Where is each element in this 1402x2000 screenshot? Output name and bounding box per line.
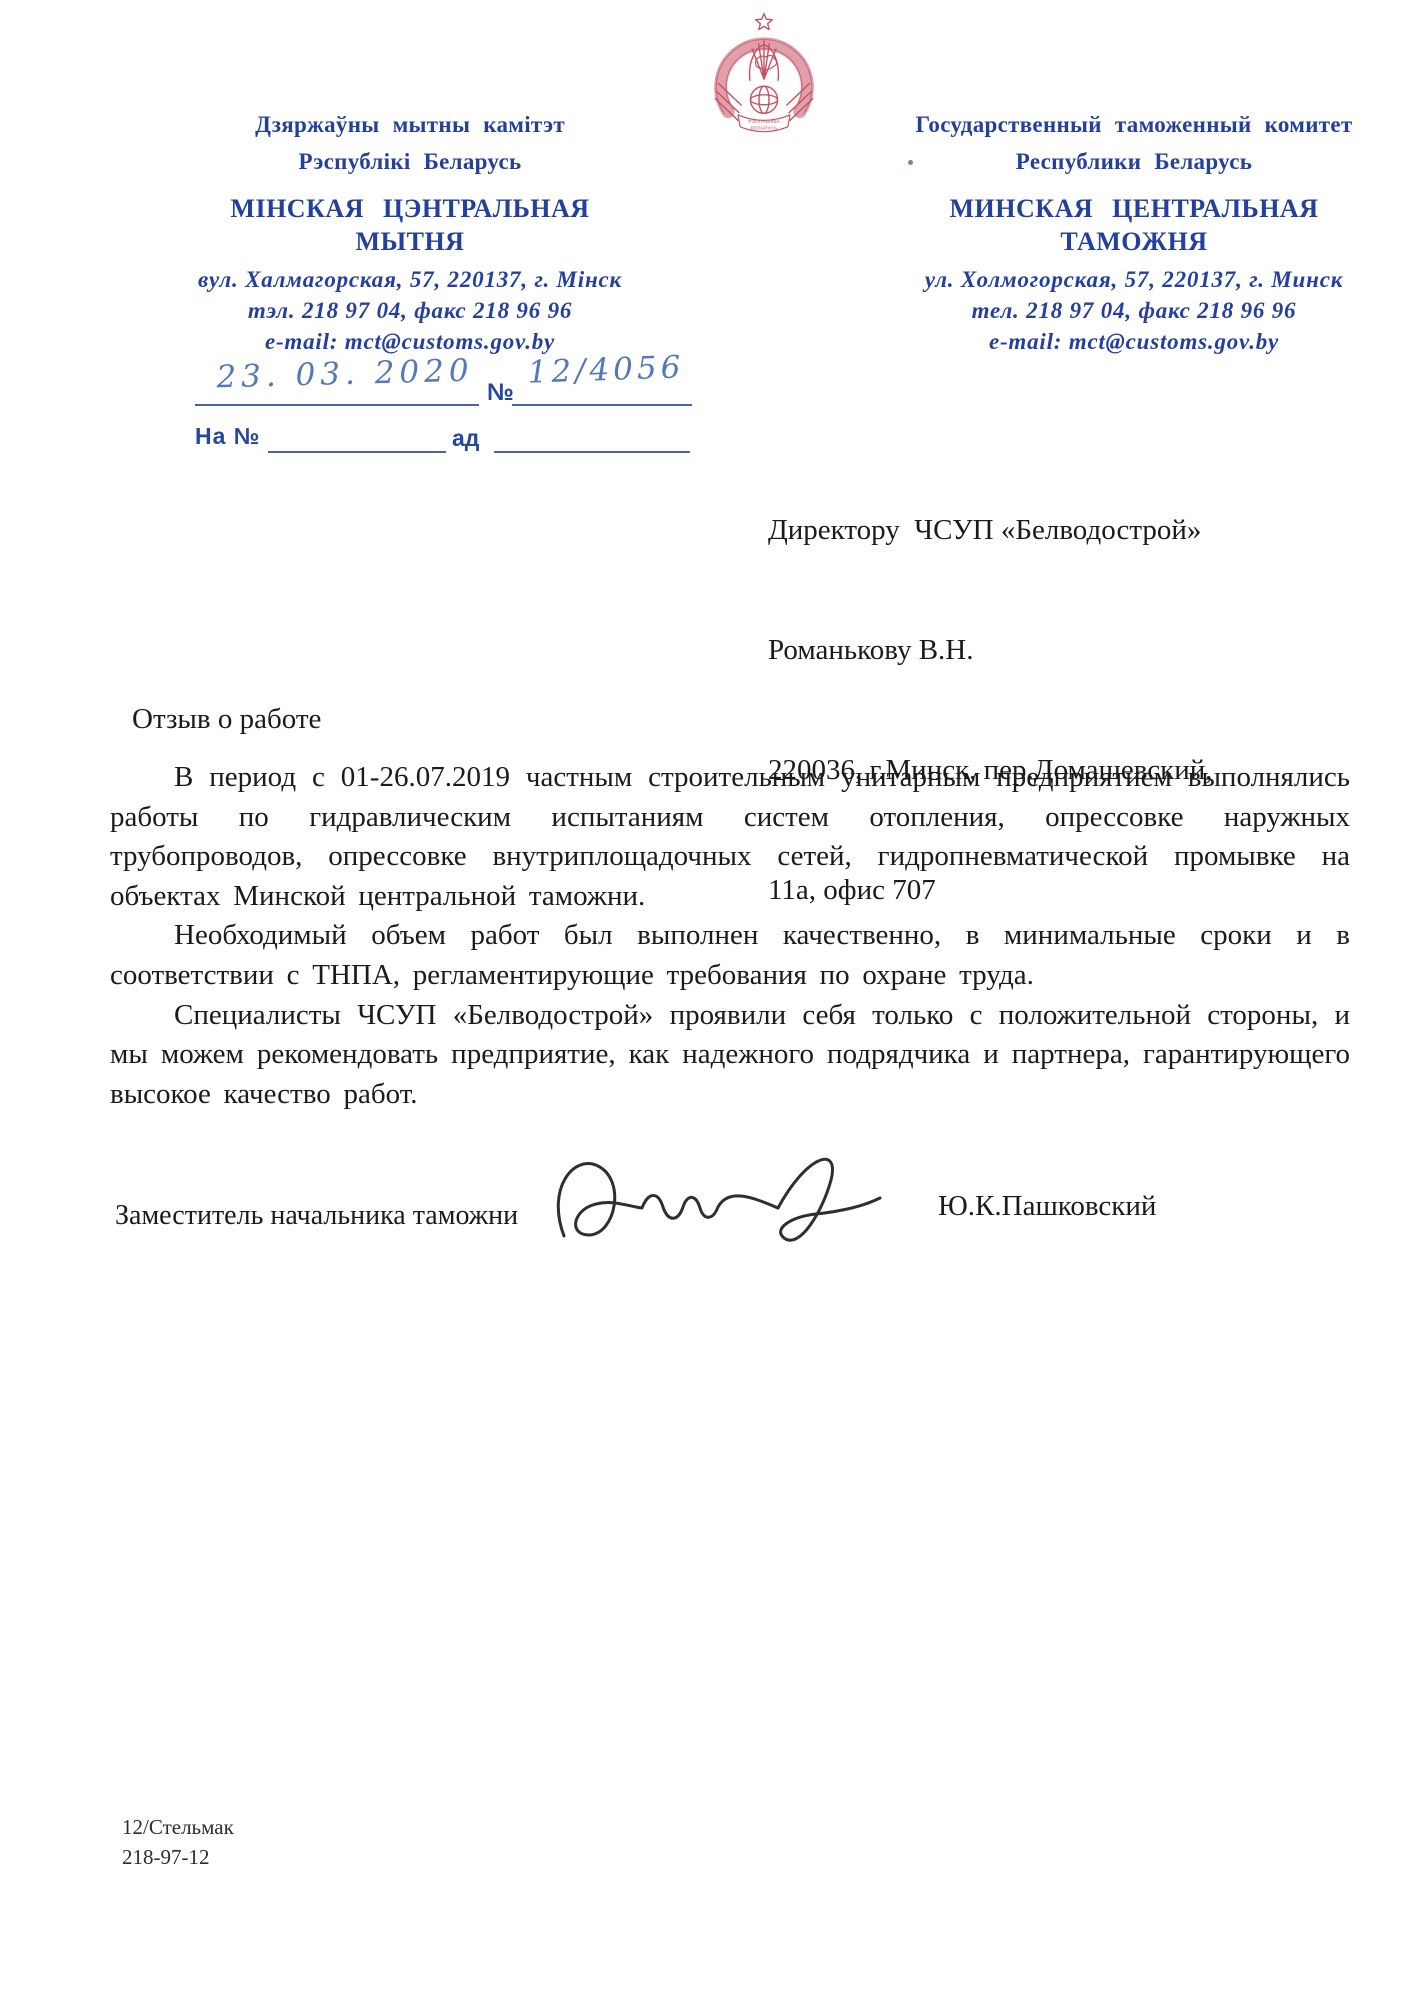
number-underline xyxy=(512,404,692,406)
handwritten-signature xyxy=(532,1138,932,1268)
letterhead-right-email: e-mail: mct@customs.gov.by xyxy=(878,329,1390,355)
signer-name: Ю.К.Пашковский xyxy=(938,1190,1156,1223)
letter-subject: Отзыв о работе xyxy=(132,703,321,736)
letter-body: В период с 01-26.07.2019 частным строите… xyxy=(110,758,1350,1114)
executor-phone: 218-97-12 xyxy=(122,1842,234,1872)
belarus-coat-of-arms-icon: РЭСПУБЛІКА БЕЛАРУСЬ xyxy=(704,12,824,142)
letterhead-right-committee-line2: Республики Беларусь xyxy=(878,149,1390,175)
letterhead-left-address: вул. Халмагорская, 57, 220137, г. Мінск xyxy=(140,267,680,293)
executor-name: 12/Стельмак xyxy=(122,1812,234,1842)
reply-from-date-label: ад xyxy=(452,425,479,452)
letterhead-left-office-line1: МІНСКАЯ ЦЭНТРАЛЬНАЯ xyxy=(140,194,680,224)
letterhead-left-committee-line1: Дзяржаўны мытны камітэт xyxy=(140,112,680,138)
handwritten-outgoing-number: 12/4056 xyxy=(515,349,696,391)
letterhead-left-email: e-mail: mct@customs.gov.by xyxy=(140,329,680,355)
letterhead-right-column: Государственный таможенный комитет Респу… xyxy=(878,0,1390,370)
letterhead-left-office-line2: МЫТНЯ xyxy=(140,227,680,257)
letterhead-right-phone: тел. 218 97 04, факс 218 96 96 xyxy=(878,298,1390,324)
signer-position-title: Заместитель начальника таможни xyxy=(115,1200,518,1232)
reply-to-number-label: На № xyxy=(195,423,260,450)
executor-footer: 12/Стельмак 218-97-12 xyxy=(122,1812,234,1872)
emblem-ribbon-text-1: РЭСПУБЛІКА xyxy=(748,119,780,125)
scanned-letter-page: РЭСПУБЛІКА БЕЛАРУСЬ Дзяржаўны мытны камі… xyxy=(0,0,1402,2000)
letterhead-right-committee-line1: Государственный таможенный комитет xyxy=(878,112,1390,138)
date-underline xyxy=(195,404,479,406)
letterhead-right-office-line2: ТАМОЖНЯ xyxy=(878,227,1390,257)
letterhead-right-address: ул. Холмогорская, 57, 220137, г. Минск xyxy=(878,267,1390,293)
body-paragraph-2: Необходимый объем работ был выполнен кач… xyxy=(110,916,1350,995)
reply-date-underline xyxy=(494,451,690,453)
body-paragraph-1: В период с 01-26.07.2019 частным строите… xyxy=(110,758,1350,916)
stray-ink-mark xyxy=(908,160,913,165)
letterhead-left-committee-line2: Рэспублікі Беларусь xyxy=(140,149,680,175)
recipient-line-2: Романькову В.Н. xyxy=(768,630,1368,670)
emblem-ribbon-text-2: БЕЛАРУСЬ xyxy=(751,125,777,131)
recipient-line-1: Директору ЧСУП «Белводострой» xyxy=(768,510,1368,550)
handwritten-date: 23. 03. 2020 xyxy=(205,352,486,395)
body-paragraph-3: Специалисты ЧСУП «Белводострой» проявили… xyxy=(110,996,1350,1115)
number-sign-label: № xyxy=(487,379,514,407)
letterhead-right-office-line1: МИНСКАЯ ЦЕНТРАЛЬНАЯ xyxy=(878,194,1390,224)
letterhead-left-phone: тэл. 218 97 04, факс 218 96 96 xyxy=(140,298,680,324)
letterhead-left-column: Дзяржаўны мытны камітэт Рэспублікі Белар… xyxy=(140,0,680,370)
reply-number-underline xyxy=(268,451,446,453)
